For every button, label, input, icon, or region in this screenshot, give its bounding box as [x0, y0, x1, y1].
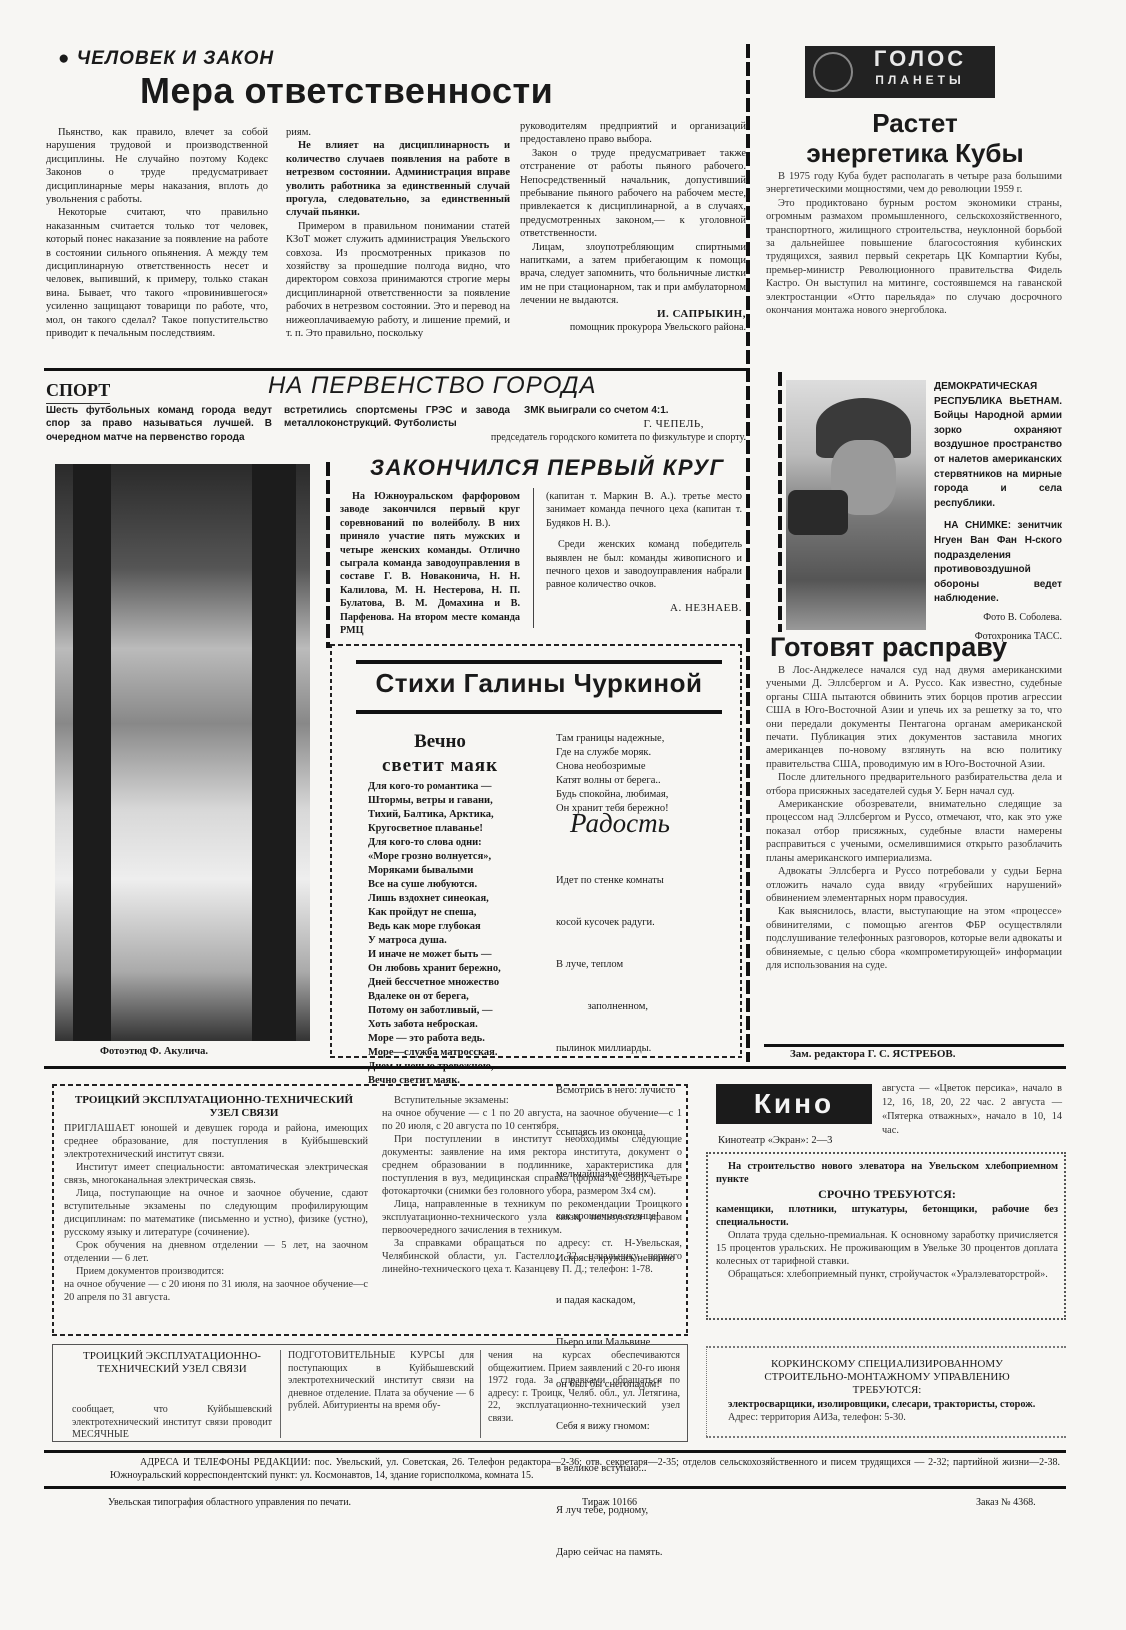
cuba-title: Растет энергетика Кубы	[770, 108, 1060, 168]
footer-rule-bottom	[44, 1486, 1066, 1489]
sport-col2: встретились спортсмены ГРЭС и завода мет…	[284, 404, 510, 431]
trial-bottom-rule	[764, 1044, 1064, 1047]
trial-body: В Лос-Анджелесе начался суд над двумя ам…	[766, 664, 1062, 972]
bullet-icon: ●	[58, 48, 77, 69]
planet-banner: ГОЛОС ПЛАНЕТЫ	[805, 46, 995, 98]
law-article-author: И. САПРЫКИН,	[520, 308, 746, 321]
volleyball-col2: (капитан т. Маркин В. А.). третье место …	[546, 490, 742, 615]
vietnam-left-rule	[778, 372, 782, 632]
poems-title-rule-top	[356, 660, 722, 664]
ad-institute-border-top	[52, 1084, 688, 1086]
nature-photo-caption: Фотоэтюд Ф. Акулича.	[100, 1046, 208, 1057]
volleyball-col1: На Южноуральском фарфоровом заводе закон…	[340, 490, 520, 637]
vietnam-photo	[786, 380, 926, 630]
cinema-logo: Кино	[716, 1084, 872, 1124]
law-article-title: Мера ответственности	[140, 70, 553, 112]
footer-order: Заказ № 4368.	[976, 1497, 1036, 1508]
tree-trunk	[252, 464, 296, 1041]
poem1-lines-b: Там границы надежные, Где на службе моря…	[556, 732, 669, 816]
poems-title: Стихи Галины Чуркиной	[356, 668, 722, 699]
law-article-author-title: помощник прокурора Увельского района.	[520, 321, 746, 334]
tree-trunk	[73, 464, 111, 1041]
poems-border-right	[740, 644, 742, 1058]
ad-institute-col2: Вступительные экзамены: на очное обучени…	[382, 1094, 682, 1276]
ad-institute-col1: ПРИГЛАШАЕТ юношей и девушек города и рай…	[64, 1122, 368, 1304]
photo-credit: Фото В. Соболева.	[934, 611, 1062, 626]
ad-institute-border-bottom	[52, 1334, 688, 1336]
poem1-title: Вечно светит маяк	[360, 730, 520, 778]
ad-courses-title: ТРОИЦКИЙ ЭКСПЛУАТАЦИОННО-ТЕХНИЧЕСКИЙ УЗЕ…	[72, 1350, 272, 1376]
ad-courses-col1: сообщает, что Куйбышевский электротехнич…	[72, 1404, 272, 1442]
volleyball-title: ЗАКОНЧИЛСЯ ПЕРВЫЙ КРУГ	[370, 455, 725, 481]
sport-col3: ЗМК выиграли со счетом 4:1.	[524, 404, 746, 417]
deputy-editor: Зам. редактора Г. С. ЯСТРЕБОВ.	[790, 1048, 956, 1060]
trial-title: Готовят расправу	[770, 632, 1007, 663]
footer-circulation: Тираж 10166	[582, 1497, 637, 1508]
poem2-title: Радость	[570, 808, 670, 839]
binoculars-shape	[788, 490, 848, 535]
volleyball-author: А. НЕЗНАЕВ.	[546, 602, 742, 615]
cinema-right: августа — «Цветок персика», начало в 12,…	[882, 1082, 1062, 1138]
poems-border-left	[330, 644, 332, 1058]
footer-rule-top	[44, 1450, 1066, 1453]
law-article-col3: руководителям предприятий и организаций …	[520, 120, 746, 335]
ad-courses-divider	[280, 1350, 281, 1438]
poems-border-top	[330, 644, 742, 646]
section-divider	[44, 1066, 1066, 1069]
vietnam-text: ДЕМОКРАТИЧЕСКАЯ РЕСПУБЛИКА ВЬЕТНАМ. Бойц…	[934, 380, 1062, 644]
sport-title: НА ПЕРВЕНСТВО ГОРОДА	[268, 372, 596, 400]
ad-courses-col3: чения на курсах обеспечиваются общежитие…	[488, 1350, 680, 1425]
law-article-col2: риям. Не влияет на дисциплинарность и ко…	[286, 126, 510, 341]
footer-addresses: АДРЕСА И ТЕЛЕФОНЫ РЕДАКЦИИ: пос. Увельск…	[110, 1456, 1060, 1482]
cuba-article-body: В 1975 году Куба будет располагать в чет…	[766, 170, 1062, 317]
poem1-lines-a: Для кого-то романтика — Штормы, ветры и …	[368, 780, 501, 1088]
ad-elevator-body: На строительство нового элеватора на Уве…	[716, 1160, 1058, 1281]
ad-institute-border-right	[686, 1084, 688, 1336]
cinema-left: Кинотеатр «Экран»: 2—3	[718, 1134, 878, 1147]
sport-author-title: председатель городского комитета по физк…	[380, 432, 746, 443]
rubric-law: ● ЧЕЛОВЕК И ЗАКОН	[58, 48, 274, 70]
ad-institute-title: ТРОИЦКИЙ ЭКСПЛУАТАЦИОННО-ТЕХНИЧЕСКИЙ УЗЕ…	[64, 1094, 364, 1120]
column-divider	[746, 44, 750, 1062]
law-article-col1: Пьянство, как правило, влечет за собой н…	[46, 126, 268, 341]
ad-courses-col2: ПОДГОТОВИТЕЛЬНЫЕ КУРСЫ для поступающих в…	[288, 1350, 474, 1413]
sport-author: Г. ЧЕПЕЛЬ,	[524, 418, 704, 430]
ad-institute-border-left	[52, 1084, 54, 1336]
divider-rule	[44, 368, 746, 371]
sport-col1: Шесть футбольных команд города ведут спо…	[46, 404, 272, 444]
volleyball-col-divider	[533, 488, 534, 628]
ad-korkino-body: электросварщики, изолировщики, слесари, …	[716, 1398, 1058, 1424]
poems-title-rule-bottom	[356, 710, 722, 714]
sport-rubric: СПОРТ	[46, 380, 110, 404]
ad-courses-divider	[480, 1350, 481, 1438]
globe-icon	[813, 52, 853, 92]
volleyball-left-rule	[326, 462, 330, 648]
footer-printer: Увельская типография областного управлен…	[108, 1497, 351, 1508]
nature-photo	[55, 464, 310, 1041]
ad-korkino-title: КОРКИНСКОМУ СПЕЦИАЛИЗИРОВАННОМУ СТРОИТЕЛ…	[712, 1358, 1062, 1397]
